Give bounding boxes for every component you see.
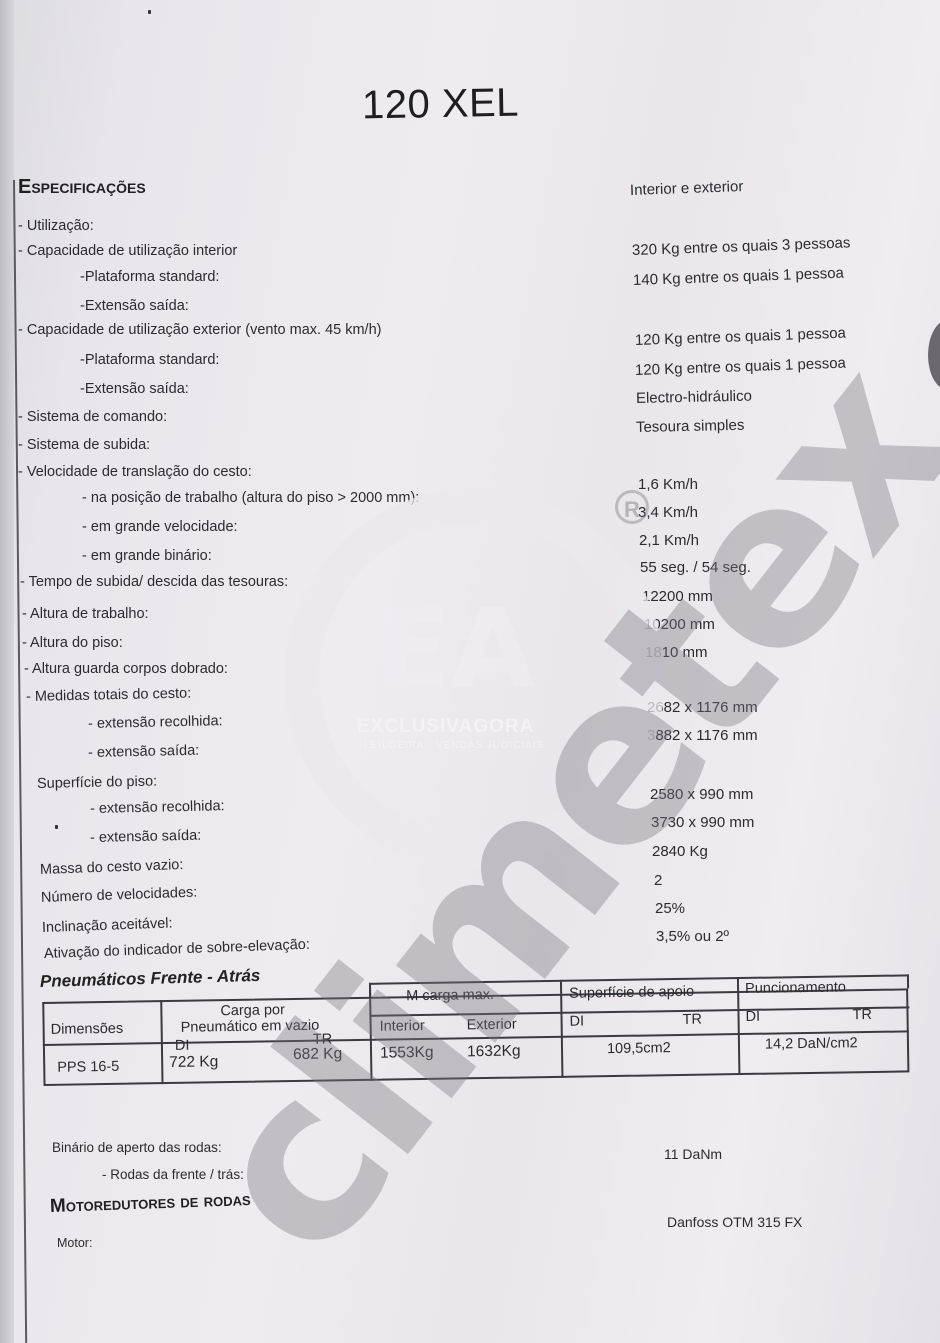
spec-value: 3,5% ou 2º xyxy=(656,928,729,945)
spec-value: 120 Kg entre os quais 1 pessoa xyxy=(635,325,846,349)
spec-label: - Altura guarda corpos dobrado: xyxy=(24,661,228,677)
header-puncionamento-di: DI xyxy=(745,1009,760,1025)
spec-label: - extensão recolhida: xyxy=(90,798,225,817)
spec-label: - Capacidade de utilização exterior (ven… xyxy=(18,322,381,338)
binario-value: 11 DaNm xyxy=(664,1146,722,1162)
spec-value: 25% xyxy=(655,900,685,917)
spec-value: 3,4 Km/h xyxy=(638,504,698,521)
spec-label: -Plataforma standard: xyxy=(80,352,219,368)
spec-value: 12200 mm xyxy=(642,588,713,605)
paper-speck xyxy=(55,825,58,829)
tyres-table: Dimensões Carga por Pneumático em vazio … xyxy=(42,974,910,1112)
header-m-carga: M carga max. xyxy=(406,987,494,1004)
cell-carga-tr: 682 Kg xyxy=(293,1045,342,1064)
spec-label: - Utilização: xyxy=(18,218,94,234)
spec-label: Inclinação aceitável: xyxy=(42,915,173,936)
spec-value: 120 Kg entre os quais 1 pessoa xyxy=(635,355,846,379)
spec-value: 10200 mm xyxy=(644,616,715,633)
spec-label: - Altura do piso: xyxy=(22,635,123,651)
spec-value: 1810 mm xyxy=(645,644,708,661)
spec-value: Tesoura simples xyxy=(636,417,745,436)
cell-superficie: 109,5cm2 xyxy=(607,1040,671,1057)
spec-label: Número de velocidades: xyxy=(41,885,198,906)
header-exterior: Exterior xyxy=(467,1017,517,1034)
spec-value: 2840 Kg xyxy=(652,843,708,860)
cell-dimensoes: PPS 16-5 xyxy=(57,1059,119,1076)
header-carga-por: Carga por xyxy=(220,1002,285,1019)
spec-label: Superfície do piso: xyxy=(37,773,157,792)
spec-label: - em grande velocidade: xyxy=(82,519,238,535)
spec-label: - Sistema de subida: xyxy=(18,437,150,453)
spec-label: - Velocidade de translação do cesto: xyxy=(18,464,252,480)
spec-label: Massa do cesto vazio: xyxy=(40,857,184,878)
header-superficie-di: DI xyxy=(569,1013,584,1029)
section-heading-especificacoes: Especificações xyxy=(18,176,146,199)
spec-value: 320 Kg entre os quais 3 pessoas xyxy=(632,234,851,259)
spec-value: 2580 x 990 mm xyxy=(650,786,753,803)
spec-label: - na posição de trabalho (altura do piso… xyxy=(82,490,419,506)
spec-label: -Plataforma standard: xyxy=(80,269,219,285)
spec-label: Ativação do indicador de sobre-elevação: xyxy=(44,937,310,962)
header-puncionamento-tr: TR xyxy=(852,1007,872,1023)
motor-value: Danfoss OTM 315 FX xyxy=(667,1214,802,1230)
spec-value: 140 Kg entre os quais 1 pessoa xyxy=(633,265,844,289)
spec-label: -Extensão saída: xyxy=(80,381,189,397)
cell-m-exterior: 1632Kg xyxy=(467,1042,521,1061)
motor-label: Motor: xyxy=(57,1236,92,1250)
header-interior: Interior xyxy=(380,1018,425,1035)
header-superficie: Superfície de apoio xyxy=(569,984,694,1002)
spec-value: 2,1 Km/h xyxy=(639,532,699,549)
document-title: 120 XEL xyxy=(362,81,520,129)
spec-value: 2 xyxy=(654,872,662,889)
spec-label: - Tempo de subida/ descida das tesouras: xyxy=(20,574,288,590)
spec-label: - extensão recolhida: xyxy=(88,713,223,732)
header-pneumatico-vazio: Pneumático em vazio xyxy=(181,1018,320,1036)
spec-label: - Capacidade de utilização interior xyxy=(18,243,237,259)
paper-speck xyxy=(148,10,151,14)
spec-value: Interior e exterior xyxy=(630,178,744,199)
spec-label: - Altura de trabalho: xyxy=(22,606,149,622)
spec-value: 3730 x 990 mm xyxy=(651,814,754,831)
spec-value: 3882 x 1176 mm xyxy=(647,727,758,744)
cell-puncionamento: 14,2 DaN/cm2 xyxy=(765,1035,858,1052)
spec-value: 2682 x 1176 mm xyxy=(647,699,758,716)
cell-m-interior: 1553Kg xyxy=(380,1044,434,1063)
header-dimensoes: Dimensões xyxy=(51,1021,124,1038)
spec-value: Electro-hidráulico xyxy=(636,388,752,407)
spec-label: - em grande binário: xyxy=(82,548,212,564)
spec-label: -Extensão saída: xyxy=(80,298,189,314)
header-puncionamento: Puncionamento xyxy=(745,979,846,997)
spec-label: - extensão saída: xyxy=(88,743,200,761)
spec-label: - extensão saída: xyxy=(90,828,202,846)
spec-label: - Medidas totais do cesto: xyxy=(26,686,192,705)
cell-carga-di: 722 Kg xyxy=(169,1053,218,1072)
spec-value: 55 seg. / 54 seg. xyxy=(640,559,751,576)
spec-document: 120 XEL Especificações - Utilização: - C… xyxy=(0,0,940,1343)
spec-value: 1,6 Km/h xyxy=(638,476,698,493)
header-carga-di: DI xyxy=(175,1038,190,1054)
binario-sub-label: - Rodas da frente / trás: xyxy=(102,1167,244,1182)
section-heading-motoredutores: Motoredutores de rodas xyxy=(50,1189,251,1218)
binario-label: Binário de aperto das rodas: xyxy=(52,1140,222,1155)
header-superficie-tr: TR xyxy=(682,1012,702,1028)
spec-label: - Sistema de comando: xyxy=(18,409,167,425)
